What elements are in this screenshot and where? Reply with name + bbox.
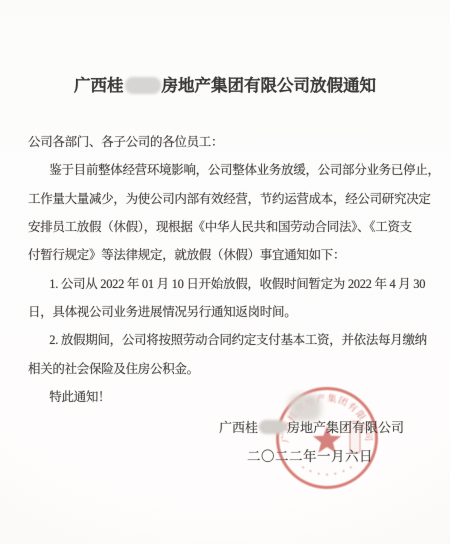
body-line-item-1: 1. 公司从 2022 年 01 月 10 日开始放假，收假时间暂定为 2022… [28, 270, 422, 298]
body-line: 相关的社会保险及住房公积金。 [28, 355, 422, 383]
title-prefix: 广西桂 [74, 76, 124, 95]
redaction-blur-stamp [289, 394, 321, 421]
salutation-line: 公司各部门、各子公司的各位员工： [28, 128, 422, 156]
redaction-blur-signature [259, 420, 286, 434]
body-line: 日，具体视公司业务进展情况另行通知返岗时间。 [28, 298, 422, 326]
body-line: 付暂行规定》等法律规定，就放假（休假）事宜通知如下： [28, 241, 422, 269]
seal-bottom-marks [302, 466, 352, 475]
body-line-item-2: 2. 放假期间，公司将按照劳动合同约定支付基本工资，并依法每月缴纳 [28, 326, 422, 354]
signature-company-name: 广西桂房地产集团有限公司 [219, 419, 404, 437]
signature-date: 二〇二二年一月六日 [247, 449, 373, 465]
body-line: 安排员工放假（休假），现根据《中华人民共和国劳动合同法》、《工资支 [28, 213, 422, 241]
title-suffix: 房地产集团有限公司放假通知 [162, 76, 377, 95]
redaction-blur-title [125, 77, 161, 94]
body-line: 工作量大量减少，为使公司内部有效经营，节约运营成本，经公司研究决定 [28, 185, 422, 213]
document-body: 公司各部门、各子公司的各位员工： 鉴于目前整体经营环境影响，公司整体业务放缓，公… [28, 128, 422, 411]
signature-prefix: 广西桂 [219, 420, 258, 435]
body-line: 鉴于目前整体经营环境影响，公司整体业务放缓，公司部分业务已停止， [28, 156, 422, 184]
signature-suffix: 房地产集团有限公司 [287, 420, 404, 435]
document-title: 广西桂房地产集团有限公司放假通知 [0, 72, 450, 96]
company-seal-stamp: 广西桂房地产集团有限公司 [272, 383, 382, 493]
